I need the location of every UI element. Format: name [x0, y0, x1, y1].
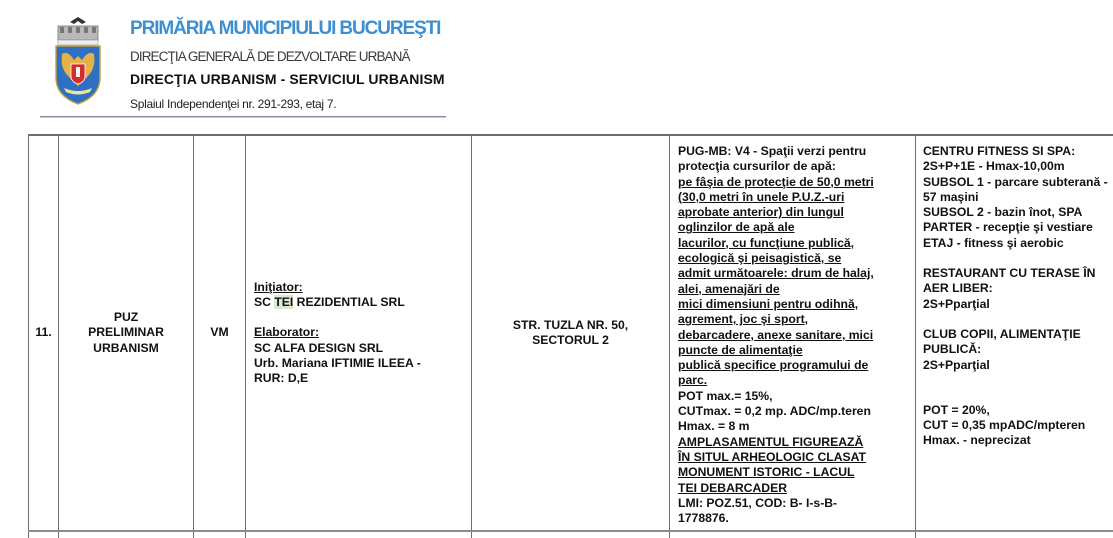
initiator-prefix: SC [254, 295, 274, 309]
coat-of-arms-icon [52, 16, 104, 106]
directorate-general: DIRECŢIA GENERALĂ DE DEZVOLTARE URBANĂ [130, 49, 410, 64]
site-address: STR. TUZLA NR. 50, SECTORUL 2 [472, 135, 670, 531]
text-line: CUTmax. = 0,2 mp. ADC/mp.teren [678, 404, 911, 419]
table-row: 11. PUZ PRELIMINAR URBANISM VM Iniţiator… [29, 135, 1113, 531]
text-line: POT max.= 15%, [678, 389, 911, 404]
proposal-cell: CENTRU FITNESS SI SPA:2S+P+1E - Hmax-10,… [916, 135, 1113, 531]
proposal-indicators: POT = 20%,CUT = 0,35 mpADC/mpterenHmax. … [923, 403, 1113, 449]
institution-title: PRIMĂRIA MUNICIPIULUI BUCUREŞTI [130, 18, 440, 40]
type-line: PUZ [59, 310, 193, 325]
text-line: PUG-MB: V4 - Spaţii verzi pentru [678, 144, 911, 159]
address: Splaiul Independenţei nr. 291-293, etaj … [130, 97, 336, 111]
text-line: CENTRU FITNESS SI SPA: [923, 144, 1113, 159]
text-line: protecţia cursurilor de apă: [678, 159, 911, 174]
text-line: PARTER - recepţie şi vestiare [923, 220, 1113, 235]
pug-regulations: PUG-MB: V4 - Spaţii verzi pentruprotecţi… [670, 135, 916, 531]
text-line: AER LIBER: [923, 281, 1113, 296]
text-line: MONUMENT ISTORIC - LACUL [678, 465, 911, 480]
initiator-highlight: TEI [274, 295, 293, 309]
address-line: SECTORUL 2 [472, 333, 669, 348]
directorate-service: DIRECŢIA URBANISM - SERVICIUL URBANISM [130, 71, 445, 87]
text-line: agrement, joc şi sport, [678, 312, 911, 327]
address-line: STR. TUZLA NR. 50, [472, 318, 669, 333]
text-line: Hmax. - neprecizat [923, 433, 1113, 448]
text-line: lacurilor, cu funcţiune publică, [678, 236, 911, 251]
pug-protection-text: pe fâşia de protecţie de 50,0 metri(30,0… [678, 175, 911, 389]
text-line: ETAJ - fitness şi aerobic [923, 236, 1113, 251]
text-line: admit următoarele: drum de halaj, [678, 266, 911, 281]
fitness-center: CENTRU FITNESS SI SPA:2S+P+1E - Hmax-10,… [923, 144, 1113, 251]
text-line: publică specifice programului de [678, 358, 911, 373]
row-number: 11. [29, 135, 59, 531]
elaborator-line: RUR: D,E [254, 371, 471, 386]
text-line: alei, amenajări de [678, 282, 911, 297]
urbanism-table: 11. PUZ PRELIMINAR URBANISM VM Iniţiator… [28, 134, 1113, 538]
text-line: SUBSOL 1 - parcare subterană - [923, 175, 1113, 190]
text-line: TEI DEBARCADER [678, 481, 911, 496]
text-line: ÎN SITUL ARHEOLOGIC CLASAT [678, 450, 911, 465]
text-line: PUBLICĂ: [923, 342, 1113, 357]
header-divider [40, 116, 446, 118]
lmi-code: LMI: POZ.51, COD: B- I-s-B-1778876. [678, 496, 911, 527]
document-type: PUZ PRELIMINAR URBANISM [59, 135, 194, 531]
pug-indicators: POT max.= 15%,CUTmax. = 0,2 mp. ADC/mp.t… [678, 389, 911, 435]
text-line: pe fâşia de protecţie de 50,0 metri [678, 175, 911, 190]
type-line: URBANISM [59, 341, 193, 356]
text-line: SUBSOL 2 - bazin înot, SPA [923, 205, 1113, 220]
text-line: ecologică şi peisagistică, se [678, 251, 911, 266]
document-header: PRIMĂRIA MUNICIPIULUI BUCUREŞTI DIRECŢIA… [0, 0, 480, 125]
text-line: 1778876. [678, 511, 911, 526]
text-line: 2S+Pparţial [923, 358, 1113, 373]
text-line: parc. [678, 373, 911, 388]
text-line: (30,0 metri în unele P.U.Z.-uri [678, 190, 911, 205]
type-line: PRELIMINAR [59, 325, 193, 340]
heritage-notice: AMPLASAMENTUL FIGUREAZĂÎN SITUL ARHEOLOG… [678, 435, 911, 496]
pug-intro: PUG-MB: V4 - Spaţii verzi pentruprotecţi… [678, 144, 911, 175]
initiator-value: SC TEI REZIDENTIAL SRL [254, 295, 471, 310]
elaborator-line: SC ALFA DESIGN SRL [254, 341, 471, 356]
initiator-label: Iniţiator: [254, 280, 471, 295]
text-line: 2S+Pparţial [923, 297, 1113, 312]
status-code: VM [194, 135, 246, 531]
text-line: RESTAURANT CU TERASE ÎN [923, 266, 1113, 281]
text-line: mici dimensiuni pentru odihnă, [678, 297, 911, 312]
elaborator-line: Urb. Mariana IFTIMIE ILEEA - [254, 356, 471, 371]
text-line: aprobate anterior) din lungul [678, 205, 911, 220]
text-line: CLUB COPII, ALIMENTAŢIE [923, 327, 1113, 342]
initiator-suffix: REZIDENTIAL SRL [293, 295, 405, 309]
text-line: puncte de alimentaţie [678, 343, 911, 358]
text-line: POT = 20%, [923, 403, 1113, 418]
text-line: LMI: POZ.51, COD: B- I-s-B- [678, 496, 911, 511]
table-row [29, 531, 1113, 538]
text-line: Hmax. = 8 m [678, 419, 911, 434]
text-line: oglinzilor de apă ale [678, 220, 911, 235]
text-line: 57 maşini [923, 190, 1113, 205]
restaurant: RESTAURANT CU TERASE ÎNAER LIBER:2S+Ppar… [923, 266, 1113, 312]
text-line: AMPLASAMENTUL FIGUREAZĂ [678, 435, 911, 450]
kids-club: CLUB COPII, ALIMENTAŢIEPUBLICĂ:2S+Pparţi… [923, 327, 1113, 373]
text-line: 2S+P+1E - Hmax-10,00m [923, 159, 1113, 174]
elaborator-label: Elaborator: [254, 325, 471, 340]
text-line: debarcadere, anexe sanitare, mici [678, 328, 911, 343]
parties-cell: Iniţiator: SC TEI REZIDENTIAL SRL Elabor… [246, 135, 472, 531]
text-line: CUT = 0,35 mpADC/mpteren [923, 418, 1113, 433]
